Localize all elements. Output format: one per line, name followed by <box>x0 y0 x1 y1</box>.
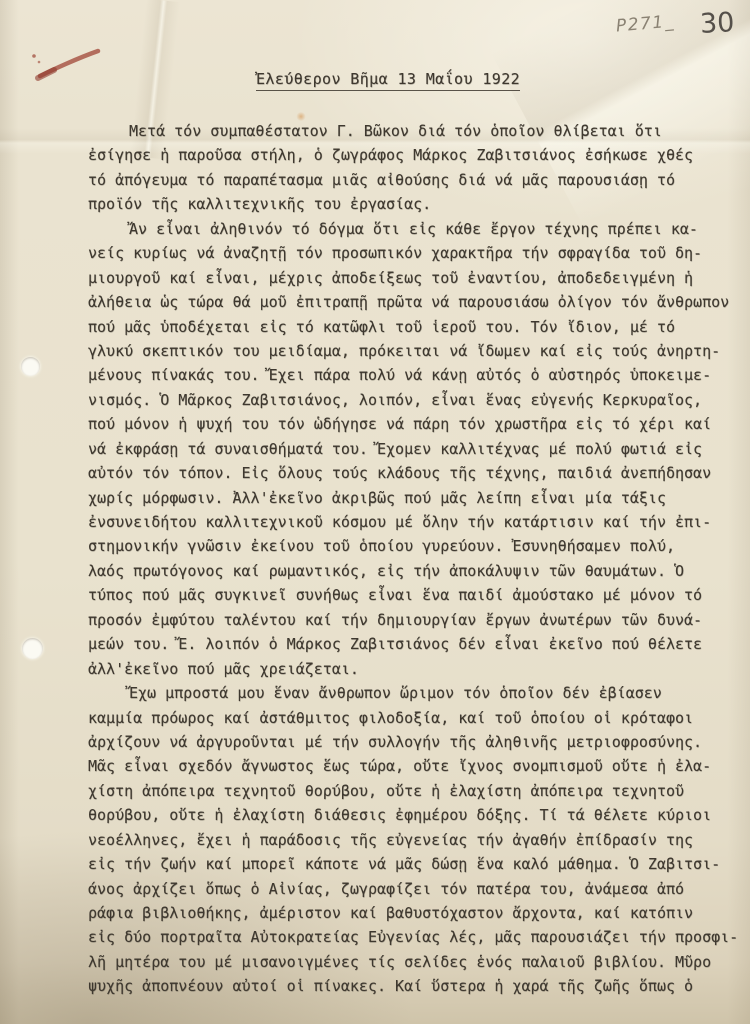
text-line: νισμός. Ὁ Μᾶρκος Ζαβιτσιάνος, λοιπόν, εἶ… <box>88 388 740 412</box>
text-line: άνος ἀρχίζει ὅπως ὁ Αἰνίας, ζωγραφίζει τ… <box>88 877 740 901</box>
text-line: εἰς δύο πορτραῖτα Αὐτοκρατείας Εὐγενίας … <box>88 925 740 949</box>
text-line: ἐσίγησε ἡ παροῦσα στήλη, ὁ ζωγράφος Μάρκ… <box>88 143 740 167</box>
punch-hole-top <box>21 357 40 376</box>
text-line: προϊόν τῆς καλλιτεχνικῆς του ἐργασίας. <box>88 192 740 216</box>
text-line: νεοέλληνες, ἔχει ἡ παράδοσις τῆς εὐγενεί… <box>88 828 740 852</box>
text-line: αὐτόν τόν τόπον. Εἰς ὅλους τούς κλάδους … <box>88 461 740 485</box>
text-line: ἀλήθεια ὡς τώρα θά μοῦ ἐπιτραπῇ πρῶτα νά… <box>88 290 740 314</box>
text-line: μεών του. Ἔ. λοιπόν ὁ Μάρκος Ζαβιτσιάνος… <box>88 632 740 656</box>
text-line: προσόν ἐμφύτου ταλέντου καί τήν δημιουργ… <box>88 608 740 632</box>
text-line: καμμία πρόωρος καί ἀστάθμιτος φιλοδοξία,… <box>88 706 740 730</box>
text-line: μιουργοῦ καί εἶναι, μέχρις ἀποδείξεως το… <box>88 266 740 290</box>
text-line: ἐνσυνειδήτου καλλιτεχνικοῦ κόσμου μέ ὅλη… <box>88 510 740 534</box>
text-line: ἀλλ'ἐκεῖνο πού μᾶς χρειάζεται. <box>88 657 740 681</box>
text-line: λῆ μητέρα του μέ μισανοιγμένες τίς σελίδ… <box>88 950 740 974</box>
text-line: γλυκύ σκεπτικόν του μειδίαμα, πρόκειται … <box>88 339 740 363</box>
text-line: νά ἐκφράσῃ τά συναισθήματά του. Ἔχομεν κ… <box>88 437 740 461</box>
text-line: μένους πίνακάς του. Ἔχει πάρα πολύ νά κά… <box>88 363 740 387</box>
document-title: Ἐλεύθερον Βῆμα 13 Μαΐου 1922 <box>256 70 520 91</box>
text-line: τό ἀπόγευμα τό παραπέτασμα μιᾶς αἰθούσης… <box>88 168 740 192</box>
typewritten-text-block: Μετά τόν συμπαθέστατον Γ. Βῶκον διά τόν … <box>88 119 740 999</box>
text-line: πού μόνον ἡ ψυχή του τόν ὡδήγησε νά πάρη… <box>88 412 740 436</box>
punch-hole-bottom <box>22 638 43 659</box>
text-line: χίστη ἀπόπειρα τεχνητοῦ θορύβου, οὔτε ἡ … <box>88 779 740 803</box>
text-line: Μετά τόν συμπαθέστατον Γ. Βῶκον διά τόν … <box>88 119 740 143</box>
text-line: τύπος πού μᾶς συγκινεῖ συνήθως εἶναι ἕνα… <box>88 583 740 607</box>
text-line: λαός πρωτόγονος καί ρωμαντικός, εἰς τήν … <box>88 559 740 583</box>
text-line: εἰς τήν ζωήν καί μπορεῖ κάποτε νά μᾶς δώ… <box>88 852 740 876</box>
text-line: ἀρχίζουν νά ἀργυροῦνται μέ τήν συλλογήν … <box>88 730 740 754</box>
text-line: χωρίς μόρφωσιν. Ἀλλ'ἐκεῖνο ἀκριβῶς πού μ… <box>88 486 740 510</box>
text-line: νείς κυρίως νά ἀναζητῇ τόν προσωπικόν χα… <box>88 241 740 265</box>
text-line: ψυχῆς ἀποπνέουν αὐτοί οἱ πίνακες. Καί ὕσ… <box>88 974 740 998</box>
red-ink-mark <box>30 42 120 92</box>
pencil-page-number: 30 <box>699 7 735 40</box>
text-line: στημονικήν γνῶσιν ἐκείνου τοῦ ὁποίου γυρ… <box>88 534 740 558</box>
text-line: Ἄν εἶναι ἀληθινόν τό δόγμα ὅτι εἰς κάθε … <box>88 217 740 241</box>
text-line: Ἔχω μπροστά μου ἕναν ἄνθρωπον ὥριμον τόν… <box>88 681 740 705</box>
text-line: θορύβου, οὔτε ἡ ἐλαχίστη διάθεσις ἐφημέρ… <box>88 803 740 827</box>
text-line: ράφια βιβλιοθήκης, ἀμέριστον καί βαθυστό… <box>88 901 740 925</box>
text-line: πού μᾶς ὑποδέχεται εἰς τό κατῶφλι τοῦ ἱε… <box>88 315 740 339</box>
text-line: Μᾶς εἶναι σχεδόν ἄγνωστος ἕως τώρα, οὔτε… <box>88 754 740 778</box>
